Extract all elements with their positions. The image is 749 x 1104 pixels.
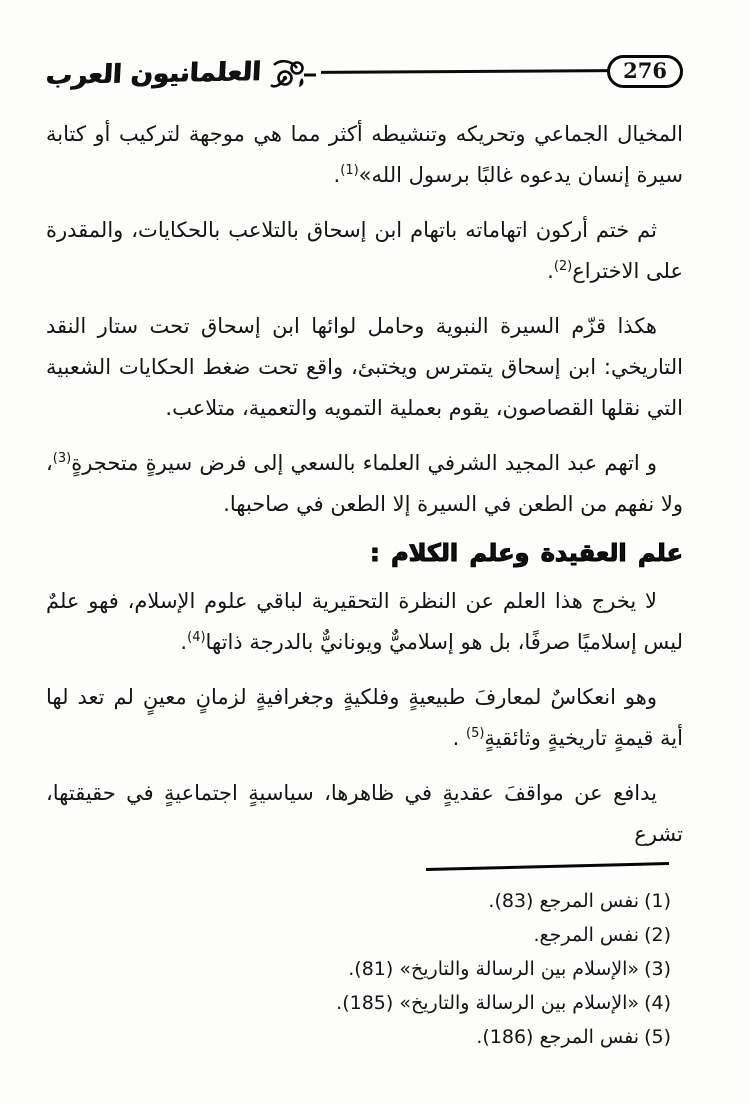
footnote-ref: (5) <box>466 726 484 741</box>
footnote-ref: (4) <box>187 630 205 645</box>
paragraph-text: هكذا قزّم السيرة النبوية وحامل لوائها اب… <box>46 314 683 420</box>
footnote-marker: (2) <box>644 924 671 946</box>
paragraph-text: و اتهم عبد المجيد الشرفي العلماء بالسعي … <box>71 451 657 475</box>
footnote-text: نفس المرجع (186). <box>476 1026 639 1048</box>
footnote-marker: (3) <box>644 958 671 980</box>
footnote-ref: (1) <box>340 163 358 178</box>
footnote-text: نفس المرجع (83). <box>488 890 639 912</box>
footnote: (5)نفس المرجع (186). <box>46 1020 671 1054</box>
paragraph: وهو انعكاسٌ لمعارفَ طبيعيةٍ وفلكيةٍ وجغر… <box>46 677 683 759</box>
footnote-text: «الإسلام بين الرسالة والتاريخ» (185). <box>336 992 639 1014</box>
paragraph: المخيال الجماعي وتحريكه وتنشيطه أكثر مما… <box>46 114 683 196</box>
footnote-marker: (1) <box>644 890 671 912</box>
paragraph-text: وهو انعكاسٌ لمعارفَ طبيعيةٍ وفلكيةٍ وجغر… <box>46 685 683 750</box>
paragraph-text: لا يخرج هذا العلم عن النظرة التحقيرية لب… <box>46 589 683 654</box>
paragraph: لا يخرج هذا العلم عن النظرة التحقيرية لب… <box>46 581 683 663</box>
page-header: العلمانيون العرب 276 <box>46 44 683 104</box>
footnotes-section: (1)نفس المرجع (83). (2)نفس المرجع. (3)«ا… <box>46 865 683 1054</box>
book-page: العلمانيون العرب 276 المخيال الجماعي وتح… <box>0 0 749 1104</box>
paragraph-text: المخيال الجماعي وتحريكه وتنشيطه أكثر مما… <box>46 122 683 187</box>
section-heading: علم العقيدة وعلم الكلام : <box>46 539 683 567</box>
footnote-text: نفس المرجع. <box>533 924 639 946</box>
footnote-ref: (2) <box>554 259 572 274</box>
page-body: المخيال الجماعي وتحريكه وتنشيطه أكثر مما… <box>46 114 683 855</box>
footnote: (3)«الإسلام بين الرسالة والتاريخ» (81). <box>46 952 671 986</box>
paragraph: هكذا قزّم السيرة النبوية وحامل لوائها اب… <box>46 306 683 429</box>
footnote-marker: (4) <box>644 992 671 1014</box>
paragraph-text: ثم ختم أركون اتهاماته باتهام ابن إسحاق ب… <box>46 218 683 283</box>
floral-ornament-icon <box>269 56 317 92</box>
footnote-marker: (5) <box>644 1026 671 1048</box>
paragraph-text: . <box>547 259 554 283</box>
footnote-ref: (3) <box>53 451 71 466</box>
header-rule <box>321 69 609 74</box>
paragraph-text: . <box>453 726 466 750</box>
paragraph: و اتهم عبد المجيد الشرفي العلماء بالسعي … <box>46 443 683 525</box>
paragraph: ثم ختم أركون اتهاماته باتهام ابن إسحاق ب… <box>46 210 683 292</box>
footnote: (4)«الإسلام بين الرسالة والتاريخ» (185). <box>46 986 671 1020</box>
footnote-separator <box>426 862 669 870</box>
page-number-badge: 276 <box>607 55 683 88</box>
paragraph-text: يدافع عن مواقفَ عقديةٍ في ظاهرها، سياسية… <box>46 781 683 846</box>
paragraph: يدافع عن مواقفَ عقديةٍ في ظاهرها، سياسية… <box>46 773 683 855</box>
footnote-text: «الإسلام بين الرسالة والتاريخ» (81). <box>348 958 639 980</box>
book-title-calligraphy: العلمانيون العرب <box>45 58 261 90</box>
footnote: (2)نفس المرجع. <box>46 918 671 952</box>
footnote: (1)نفس المرجع (83). <box>46 884 671 918</box>
